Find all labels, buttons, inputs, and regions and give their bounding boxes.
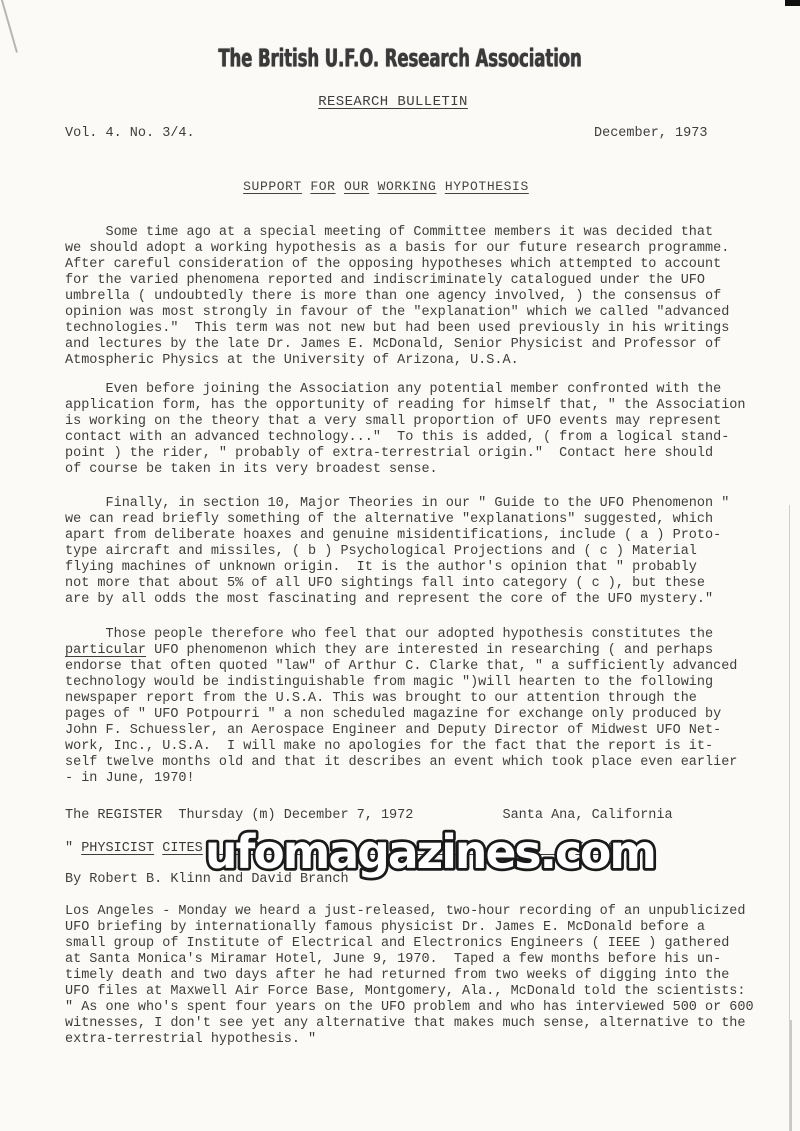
bulletin-title: RESEARCH BULLETIN [318,94,468,110]
scan-artifact-right-edge-lower [790,1020,792,1131]
article-title-container: SUPPORT FOR OUR WORKING HYPOTHESIS [0,177,772,195]
text-line: - in June, 1970! [65,771,737,787]
text-line: Those people therefore who feel that our… [65,627,737,643]
text-line: small group of Institute of Electrical a… [65,936,754,952]
paragraph-5: Los Angeles - Monday we heard a just-rel… [65,904,754,1048]
text-line: and lectures by the late Dr. James E. Mc… [65,337,729,353]
text-line: newspaper report from the U.S.A. This wa… [65,691,737,707]
text-line: pages of " UFO Potpourri " a non schedul… [65,707,737,723]
bulletin-title-container: RESEARCH BULLETIN [0,92,786,110]
paragraph-1: Some time ago at a special meeting of Co… [65,225,729,369]
text-line: for the varied phenomena reported and in… [65,273,729,289]
text-line: at Santa Monica's Miramar Hotel, June 9,… [65,952,754,968]
text-line: technologies." This term was not new but… [65,321,729,337]
text-line: umbrella ( undoubtedly there is more tha… [65,289,729,305]
paragraph-4: Those people therefore who feel that our… [65,627,737,787]
text-line: application form, has the opportunity of… [65,398,746,414]
text-line: not more that about 5% of all UFO sighti… [65,576,729,592]
text-line: we should adopt a working hypothesis as … [65,241,729,257]
scan-artifact-top-right [785,0,800,6]
text-line: point ) the rider, " probably of extra-t… [65,446,746,462]
text-line: " As one who's spent four years on the U… [65,1000,754,1016]
text-line: UFO briefing by internationally famous p… [65,920,754,936]
document-page: { "colors": { "paper": "#fbfaf7", "ink":… [0,0,800,1131]
watermark-overlay: ufomagazines.com [195,818,665,890]
masthead-container: The British U.F.O. Research Association [0,46,800,70]
text-line: flying machines of unknown origin. It is… [65,560,729,576]
text-line: Finally, in section 10, Major Theories i… [65,496,729,512]
text-line: Atmospheric Physics at the University of… [65,353,729,369]
text-line: is working on the theory that a very sma… [65,414,746,430]
text-line: self twelve months old and that it descr… [65,755,737,771]
association-masthead: The British U.F.O. Research Association [218,44,581,72]
text-line: are by all odds the most fascinating and… [65,592,729,608]
text-line: technology would be indistinguishable fr… [65,675,737,691]
paragraph-3: Finally, in section 10, Major Theories i… [65,496,729,608]
issue-date: December, 1973 [594,126,707,142]
text-line: Some time ago at a special meeting of Co… [65,225,729,241]
text-line: Even before joining the Association any … [65,382,746,398]
text-line: UFO files at Maxwell Air Force Base, Mon… [65,984,754,1000]
volume-number: Vol. 4. No. 3/4. [65,126,195,142]
text-line: we can read briefly something of the alt… [65,512,729,528]
text-line: apart from deliberate hoaxes and genuine… [65,528,729,544]
text-line: Los Angeles - Monday we heard a just-rel… [65,904,754,920]
text-line: contact with an advanced technology..." … [65,430,746,446]
paragraph-2: Even before joining the Association any … [65,382,746,478]
text-line: John F. Schuessler, an Aerospace Enginee… [65,723,737,739]
text-line: particular UFO phenomenon which they are… [65,643,737,659]
text-line: After careful consideration of the oppos… [65,257,729,273]
text-line: work, Inc., U.S.A. I will make no apolog… [65,739,737,755]
text-line: extra-terrestrial hypothesis. " [65,1032,754,1048]
text-line: of course be taken in its very broadest … [65,462,746,478]
text-line: opinion was most strongly in favour of t… [65,305,729,321]
scan-artifact-top-left [0,0,18,53]
article-title: SUPPORT FOR OUR WORKING HYPOTHESIS [243,179,529,195]
text-line: endorse that often quoted "law" of Arthu… [65,659,737,675]
watermark-text: ufomagazines.com [205,825,655,879]
text-line: timely death and two days after he had r… [65,968,754,984]
text-line: type aircraft and missiles, ( b ) Psycho… [65,544,729,560]
text-line: witnesses, I don't see yet any alternati… [65,1016,754,1032]
